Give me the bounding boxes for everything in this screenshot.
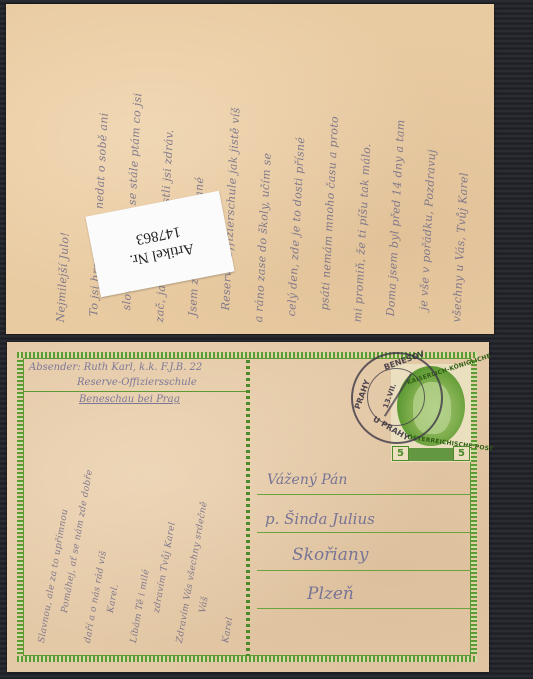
back-handwriting-line: je vše v pořádku, Pozdravuj (417, 149, 438, 311)
stamp-value-left: 5 (392, 446, 409, 461)
sender-line-1: Absender: Ruth Karl, k.k. F.J.B. 22 (29, 362, 202, 373)
address-rule-3 (257, 570, 471, 571)
back-handwriting-line: Doma jsem byl před 14 dny a tam (384, 119, 407, 317)
address-rule-4 (257, 608, 471, 609)
stamp-value-band (409, 448, 453, 461)
stamp-value-right: 5 (453, 446, 470, 461)
postcard-back: Nejmilejší Julo!To jsi hrozný pán, nedat… (6, 4, 494, 334)
address-rule-2 (257, 532, 471, 533)
address-salutation: Vážený Pán (267, 472, 347, 488)
sender-line-2: Reserve-Offiziersschule (77, 377, 197, 388)
back-handwriting-line: mi promiň, že ti píšu tak málo. (351, 143, 373, 323)
dotted-divider (246, 360, 250, 656)
postcard-front: Absender: Ruth Karl, k.k. F.J.B. 22 Rese… (7, 342, 489, 672)
sender-line-3: Beneschau bei Prag (79, 394, 180, 405)
back-handwriting-line: a ráno zase do školy, učím se (252, 152, 274, 322)
back-handwriting-line: všechny u Vás, Tvůj Karel (450, 172, 471, 323)
back-handwriting-line: celý den, zde je to dosti přísné (285, 137, 307, 317)
sender-divider-line (23, 391, 246, 392)
address-town: Skořiany (292, 545, 368, 565)
address-rule-1 (257, 494, 471, 495)
postmark: BENEŠOV PRAHY U PRAHY 13.VII. (351, 352, 443, 444)
back-handwriting-line: Nejmilejší Julo! (54, 232, 72, 323)
address-name: p. Šinda Julius (265, 510, 375, 528)
back-handwriting-line: psáti nemám mnoho času a proto (318, 116, 341, 311)
address-city: Plzeň (307, 584, 354, 604)
